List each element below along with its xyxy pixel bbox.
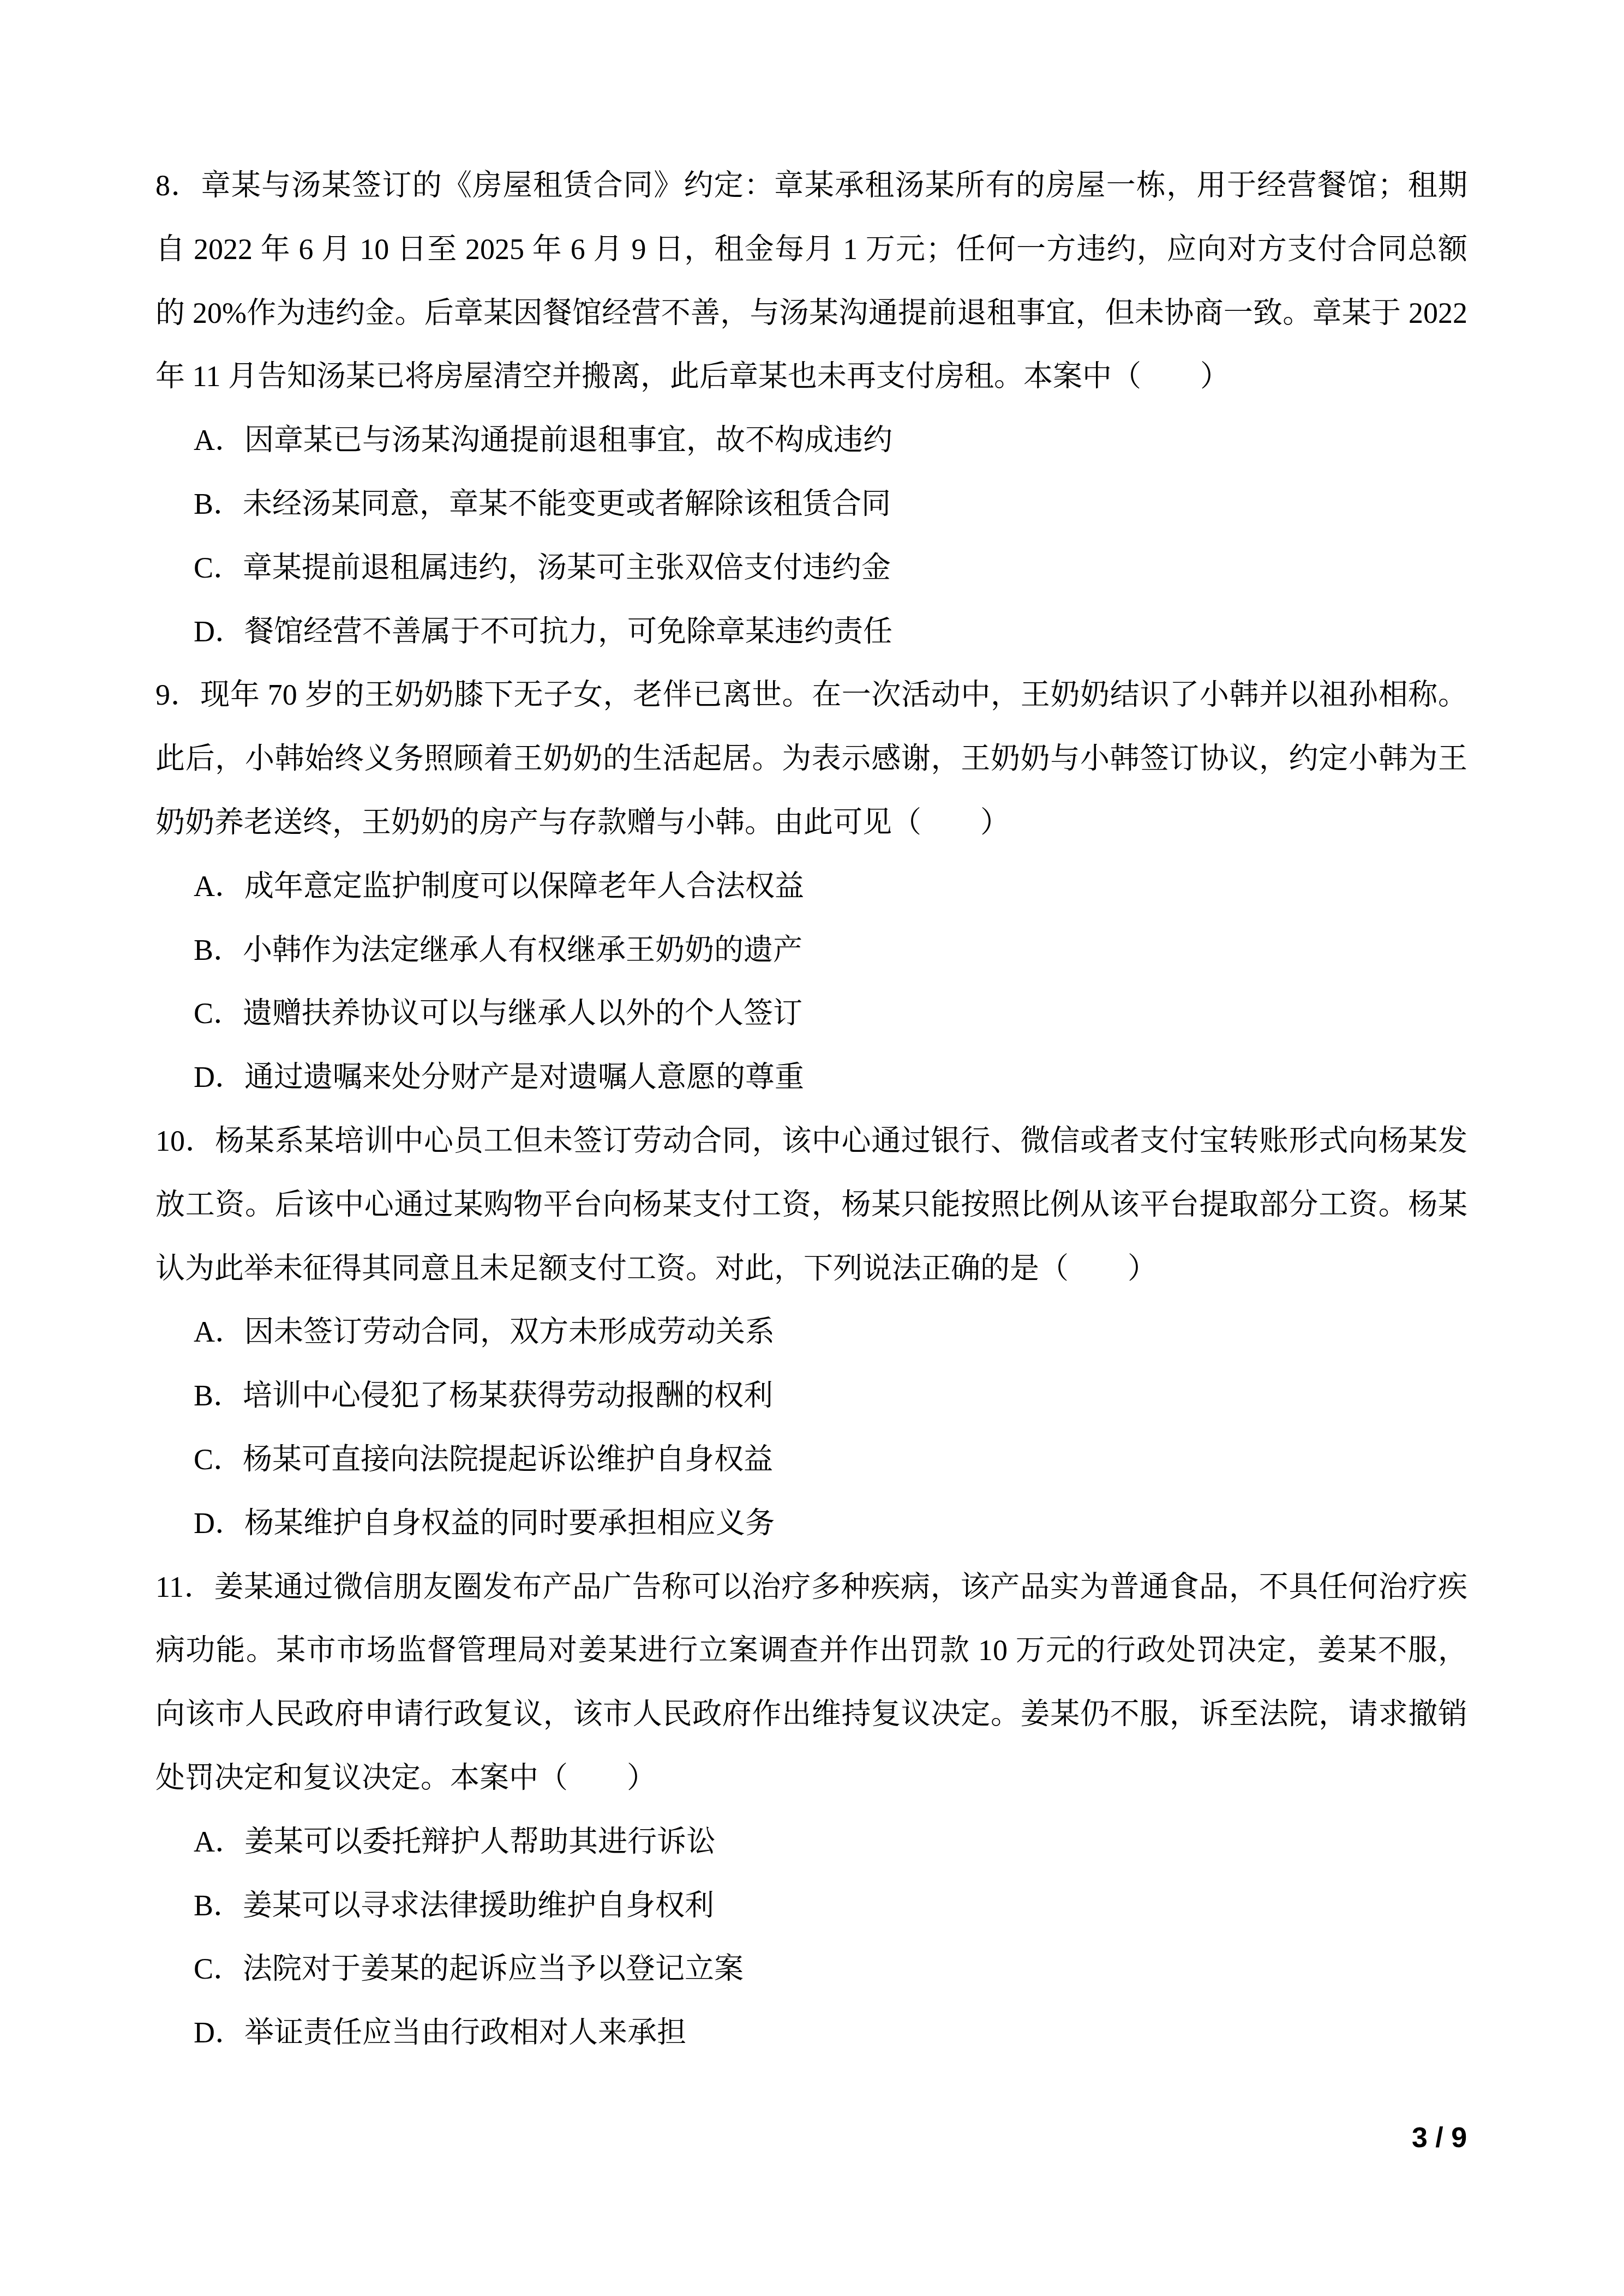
question-8-stem-line-4: 年 11 月告知汤某已将房屋清空并搬离，此后章某也未再支付房租。本案中（ ） xyxy=(155,345,1467,408)
question-10-stem-line-1: 10．杨某系某培训中心员工但未签订劳动合同，该中心通过银行、微信或者支付宝转账形… xyxy=(155,1109,1467,1173)
exam-page-content: 8．章某与汤某签订的《房屋租赁合同》约定：章某承租汤某所有的房屋一栋，用于经营餐… xyxy=(155,154,1467,2065)
question-10-option-d: D．杨某维护自身权益的同时要承担相应义务 xyxy=(155,1492,1467,1555)
question-9-stem-line-3: 奶奶养老送终，王奶奶的房产与存款赠与小韩。由此可见（ ） xyxy=(155,791,1467,855)
question-11-option-b: B．姜某可以寻求法律援助维护自身权利 xyxy=(155,1874,1467,1938)
question-8-stem-line-1: 8．章某与汤某签订的《房屋租赁合同》约定：章某承租汤某所有的房屋一栋，用于经营餐… xyxy=(155,154,1467,218)
question-9-stem-line-1: 9．现年 70 岁的王奶奶膝下无子女，老伴已离世。在一次活动中，王奶奶结识了小韩… xyxy=(155,663,1467,727)
question-8-stem-line-3: 的 20%作为违约金。后章某因餐馆经营不善，与汤某沟通提前退租事宜，但未协商一致… xyxy=(155,281,1467,345)
question-9-option-d: D．通过遗嘱来处分财产是对遗嘱人意愿的尊重 xyxy=(155,1045,1467,1109)
question-10-stem-line-3: 认为此举未征得其同意且未足额支付工资。对此，下列说法正确的是（ ） xyxy=(155,1237,1467,1301)
question-8-stem-line-2: 自 2022 年 6 月 10 日至 2025 年 6 月 9 日，租金每月 1… xyxy=(155,218,1467,281)
question-9-option-a: A．成年意定监护制度可以保障老年人合法权益 xyxy=(155,855,1467,918)
question-8-option-d: D．餐馆经营不善属于不可抗力，可免除章某违约责任 xyxy=(155,600,1467,664)
question-10-option-b: B．培训中心侵犯了杨某获得劳动报酬的权利 xyxy=(155,1364,1467,1428)
question-9-option-c: C．遗赠扶养协议可以与继承人以外的个人签订 xyxy=(155,982,1467,1045)
question-11-stem-line-3: 向该市人民政府申请行政复议，该市人民政府作出维持复议决定。姜某仍不服，诉至法院，… xyxy=(155,1682,1467,1746)
question-8-option-b: B．未经汤某同意，章某不能变更或者解除该租赁合同 xyxy=(155,472,1467,536)
question-10-option-c: C．杨某可直接向法院提起诉讼维护自身权益 xyxy=(155,1428,1467,1492)
question-8-option-a: A．因章某已与汤某沟通提前退租事宜，故不构成违约 xyxy=(155,408,1467,472)
question-11-stem-line-4: 处罚决定和复议决定。本案中（ ） xyxy=(155,1746,1467,1810)
question-8-option-c: C．章某提前退租属违约，汤某可主张双倍支付违约金 xyxy=(155,536,1467,600)
question-11-option-a: A．姜某可以委托辩护人帮助其进行诉讼 xyxy=(155,1810,1467,1874)
question-10-option-a: A．因未签订劳动合同，双方未形成劳动关系 xyxy=(155,1300,1467,1364)
question-11-stem-line-1: 11．姜某通过微信朋友圈发布产品广告称可以治疗多种疾病，该产品实为普通食品，不具… xyxy=(155,1555,1467,1619)
question-9-stem-line-2: 此后，小韩始终义务照顾着王奶奶的生活起居。为表示感谢，王奶奶与小韩签订协议，约定… xyxy=(155,727,1467,791)
question-11-option-d: D．举证责任应当由行政相对人来承担 xyxy=(155,2001,1467,2065)
question-11-stem-line-2: 病功能。某市市场监督管理局对姜某进行立案调查并作出罚款 10 万元的行政处罚决定… xyxy=(155,1619,1467,1682)
question-10-stem-line-2: 放工资。后该中心通过某购物平台向杨某支付工资，杨某只能按照比例从该平台提取部分工… xyxy=(155,1173,1467,1237)
page-number: 3 / 9 xyxy=(1412,2121,1467,2154)
question-11-option-c: C．法院对于姜某的起诉应当予以登记立案 xyxy=(155,1937,1467,2001)
question-9-option-b: B．小韩作为法定继承人有权继承王奶奶的遗产 xyxy=(155,918,1467,982)
